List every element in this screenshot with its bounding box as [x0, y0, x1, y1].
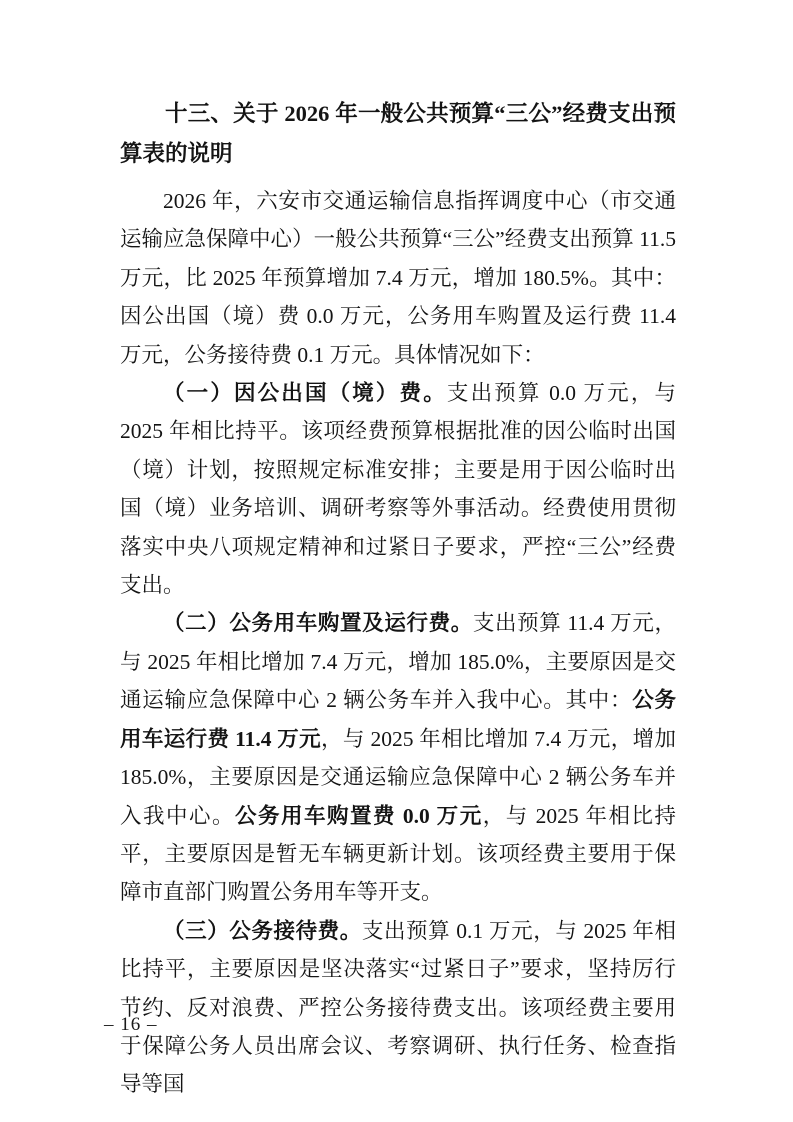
page-number: – 16 –: [104, 1010, 158, 1040]
text-block: 十三、关于 2026 年一般公共预算“三公”经费支出预算表的说明 2026 年，…: [120, 94, 676, 1104]
reception-body: 支出预算 0.1 万元，与 2025 年相比持平，主要原因是坚决落实“过紧日子”…: [120, 919, 676, 1097]
subheading-foreign-travel: （一）因公出国（境）费。: [163, 381, 447, 405]
paragraph-official-reception: （三）公务接待费。支出预算 0.1 万元，与 2025 年相比持平，主要原因是坚…: [120, 912, 676, 1104]
foreign-travel-body: 支出预算 0.0 万元，与 2025 年相比持平。该项经费预算根据批准的因公临时…: [120, 381, 676, 597]
vehicles-purchase-cost-bold: 公务用车购置费 0.0 万元: [235, 804, 483, 828]
intro-paragraph: 2026 年，六安市交通运输信息指挥调度中心（市交通运输应急保障中心）一般公共预…: [120, 182, 676, 374]
paragraph-foreign-travel: （一）因公出国（境）费。支出预算 0.0 万元，与 2025 年相比持平。该项经…: [120, 374, 676, 604]
subheading-official-reception: （三）公务接待费。: [163, 919, 362, 943]
section-heading: 十三、关于 2026 年一般公共预算“三公”经费支出预算表的说明: [120, 94, 676, 174]
subheading-official-vehicles: （二）公务用车购置及运行费。: [163, 611, 473, 635]
intro-text: 2026 年，六安市交通运输信息指挥调度中心（市交通运输应急保障中心）一般公共预…: [120, 189, 676, 367]
paragraph-official-vehicles: （二）公务用车购置及运行费。支出预算 11.4 万元，与 2025 年相比增加 …: [120, 604, 676, 911]
document-page: 十三、关于 2026 年一般公共预算“三公”经费支出预算表的说明 2026 年，…: [0, 0, 793, 1122]
